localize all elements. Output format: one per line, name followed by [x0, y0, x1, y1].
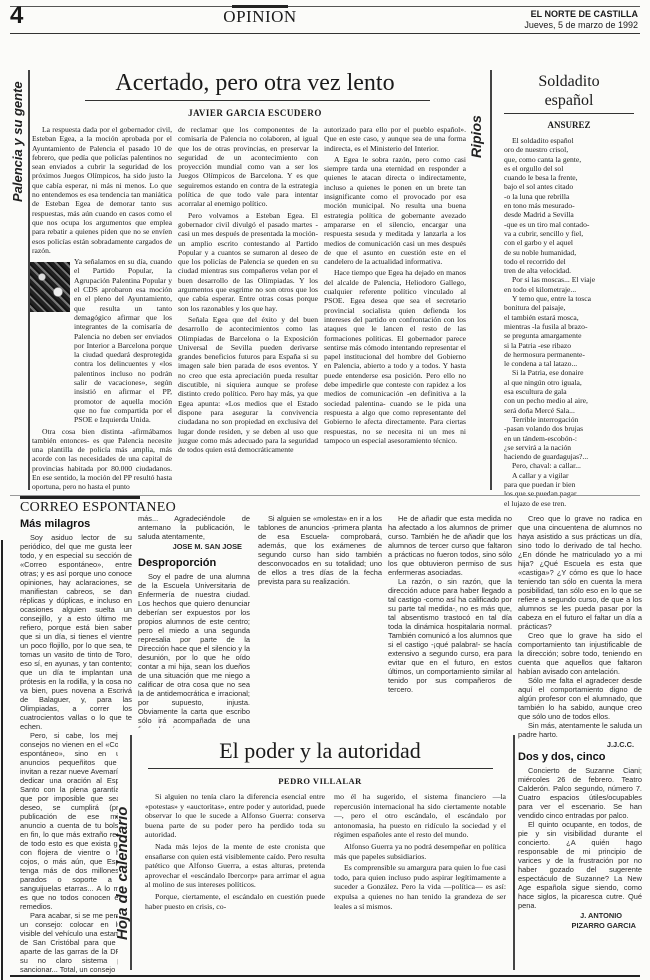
poem-line: que, como canta la gente, — [504, 155, 634, 164]
poem-body: El soldadito españoloro de nuestro criso… — [504, 136, 634, 508]
page-number: 4 — [10, 2, 23, 30]
poem-author: ANSUREZ — [494, 120, 644, 130]
header-bottom-rule — [10, 33, 640, 34]
poem-line: en un tándem-escobón-: — [504, 434, 634, 443]
article-paragraph: Pero volvamos a Esteban Egea. El goberna… — [178, 211, 318, 313]
poem-line: con un pecho medio al aire, — [504, 396, 634, 405]
correo-bar — [20, 496, 140, 499]
poem-line: Pero, chaval: a callar... — [504, 461, 634, 470]
section-title: OPINION — [200, 7, 320, 27]
article-paragraph: Si alguien no tenía claro la diferencia … — [145, 792, 325, 840]
article-paragraph: Alfonso Guerra ya no podrá desempeñar en… — [334, 842, 506, 861]
page-edge-rule — [1, 540, 3, 980]
article-paragraph: de reclamar que los componentes de la co… — [178, 125, 318, 209]
article-column-3: autorizado para ello por el pueblo españ… — [324, 125, 466, 445]
poem-line: los que se puedan pagar — [504, 489, 634, 498]
poem-line: en tono más mesurado- — [504, 201, 634, 210]
headline-rule — [85, 100, 430, 101]
poem-line: Por si las moscas... El viaje — [504, 275, 634, 284]
letter-signature-line1: J. ANTONIO — [518, 911, 642, 920]
poem-title-line1: Soldadito — [494, 72, 644, 91]
letter-column-2: más... Agradeciéndole de antemano la pub… — [138, 514, 250, 752]
poem-line: haciendo de guardagujas?... — [504, 452, 634, 461]
article-paragraph: Nada más lejos de la mente de este croni… — [145, 842, 325, 890]
poem-line: oro de nuestro crisol, — [504, 145, 634, 154]
letter-paragraph: más... Agradeciéndole de antemano la pub… — [138, 514, 250, 541]
article-headline: Acertado, pero otra vez lento — [40, 70, 470, 97]
poem-line: de hermosura permanente- — [504, 350, 634, 359]
ripios-box: Soldadito español ANSUREZ El soldadito e… — [484, 72, 634, 492]
illustration-collage — [30, 262, 70, 312]
poem-line: si la Patria -ese ribazo — [504, 341, 634, 350]
article-paragraph: Otra cosa bien distinta -afirmábamos tam… — [32, 427, 172, 492]
poem-line: El soldadito español — [504, 136, 634, 145]
article-paragraph: Señala Egea que del éxito y del buen des… — [178, 315, 318, 454]
poder-right-rule — [513, 735, 515, 970]
poder-byline: PEDRO VILLALAR — [130, 776, 510, 786]
poem-line: desde Madrid a Sevilla — [504, 210, 634, 219]
poem-line: va a cubrir, sencillo y fiel, — [504, 229, 634, 238]
letter-heading: Desproporción — [138, 559, 250, 568]
header-top-rule — [10, 6, 640, 7]
poder-headline-rule — [148, 768, 493, 769]
letter-paragraph: Concierto de Suzanne Ciani; miércoles 26… — [518, 766, 642, 820]
letter-paragraph: Creo que lo grave ha sido el comportamie… — [518, 631, 642, 676]
section-tag-palencia: Palencia y su gente — [10, 81, 25, 202]
poem-line: tren de alta velocidad. — [504, 266, 634, 275]
poem-line: esa escultura de gala — [504, 387, 634, 396]
article-byline: JAVIER GARCIA ESCUDERO — [40, 108, 470, 118]
poem-line: -o la luna que rebrilla — [504, 192, 634, 201]
poem-line: el lujazo de ese tren. — [504, 499, 634, 508]
poem-line: será doña Mercé Sala... — [504, 406, 634, 415]
poem-line: se pregunta amargamente — [504, 331, 634, 340]
letter-paragraph: El quinto ocupante, en todos, de pie y s… — [518, 820, 642, 910]
poem-line: ¿se servirá a la nación — [504, 443, 634, 452]
letter-signature-line2: PIZARRO GARCIA — [518, 921, 642, 930]
letter-paragraph: La razón, o sin razón, que la dirección … — [388, 577, 512, 694]
poem-line: cuando le besa la frente, — [504, 173, 634, 182]
poem-line: al que ningún otro iguala, — [504, 378, 634, 387]
poem-line: el también estará mosca, — [504, 313, 634, 322]
letter-column-5: Creo que lo grave no radica en que una c… — [518, 514, 642, 930]
poem-line: para que puedan ir bien — [504, 480, 634, 489]
letter-heading: Dos y dos, cinco — [518, 753, 642, 762]
poem-line: todo el recorrido del — [504, 257, 634, 266]
newspaper-name: EL NORTE DE CASTILLA — [531, 9, 638, 19]
poem-line: -que es un tiro mal contado- — [504, 220, 634, 229]
letter-paragraph: Si alguien se «molesta» en ir a los tabl… — [258, 514, 382, 586]
article-paragraph: La respuesta dada por el gobernador civi… — [32, 125, 172, 255]
section-tag-hoja-calendario: Hoja de calendario — [114, 807, 131, 940]
poem-line: de su noble humanidad, — [504, 248, 634, 257]
section-tag-ripios: Ripios — [468, 115, 484, 158]
poem-line: en todo el kilometraje... — [504, 285, 634, 294]
publication-date: Jueves, 5 de marzo de 1992 — [524, 20, 638, 30]
letter-paragraph: Sin más, atentamente le saluda un padre … — [518, 721, 642, 739]
poem-line: A callar y a vigilar — [504, 471, 634, 480]
letter-heading: Más milagros — [20, 520, 132, 529]
article-paragraph: A Egea le sobra razón, pero como casi si… — [324, 155, 466, 267]
poem-line: con el garbo y el aquel — [504, 238, 634, 247]
letter-paragraph: Soy asiduo lector de su periódico, del q… — [20, 533, 132, 731]
letter-column-4: He de añadir que esta medida no ha afect… — [388, 514, 512, 694]
poem-line: Y temo que, entre la tosca — [504, 294, 634, 303]
poder-column-1: Si alguien no tenía claro la diferencia … — [145, 792, 325, 911]
poem-line: bajo el sol antes citado — [504, 182, 634, 191]
poem-line: le condena a tal latazo... — [504, 359, 634, 368]
page-bottom-rule — [10, 975, 640, 977]
article-paragraph: autorizado para ello por el pueblo españ… — [324, 125, 466, 153]
poem-line: Terrible interrogación — [504, 415, 634, 424]
poem-line: bonitura del paisaje, — [504, 303, 634, 312]
poem-title-rule — [504, 113, 634, 114]
article-paragraph: Es comprensible su amargura para quien l… — [334, 863, 506, 911]
article-column-2: de reclamar que los componentes de la co… — [178, 125, 318, 454]
letter-column-3: Si alguien se «molesta» en ir a los tabl… — [258, 514, 382, 586]
article-paragraph: mo él ha sugerido, el sistema financiero… — [334, 792, 506, 840]
letter-paragraph: Soy el padre de una alumna de la Escuela… — [138, 572, 250, 734]
poem-title-line2: español — [494, 91, 644, 110]
poder-column-2: mo él ha sugerido, el sistema financiero… — [334, 792, 506, 911]
letter-paragraph: He de añadir que esta medida no ha afect… — [388, 514, 512, 577]
poder-headline: El poder y la autoridad — [130, 738, 510, 764]
letter-signature: JOSE M. SAN JOSE — [138, 542, 250, 551]
poem-line: Si la Patria, ese donaire — [504, 368, 634, 377]
poem-line: mientras -la fusila al brazo- — [504, 322, 634, 331]
article-paragraph: Porque, ciertamente, el escándalo en cue… — [145, 892, 325, 911]
letter-paragraph: Creo que lo grave no radica en que una c… — [518, 514, 642, 631]
poem-line: -pasan volando dos brujas — [504, 424, 634, 433]
poem-line: es el orgullo del sol — [504, 164, 634, 173]
letter-paragraph: Sólo me falta el agradecer desde aquí el… — [518, 676, 642, 721]
letter-signature: J.J.C.C. — [518, 740, 642, 749]
article-paragraph: Hace tiempo que Egea ha dejado en manos … — [324, 268, 466, 445]
